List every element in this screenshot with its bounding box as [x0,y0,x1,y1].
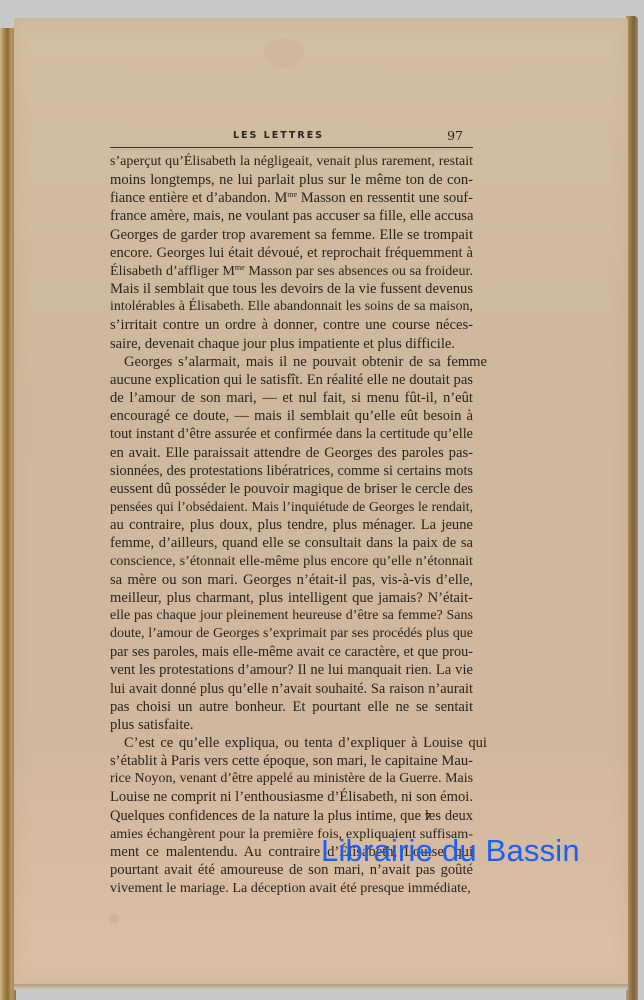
text-line: rice Noyon, venant d’être appelé au mini… [110,770,473,788]
text-line: tout instant d’être assurée et confirmée… [110,425,473,443]
text-line: elle pas chaque jour pleinement heureuse… [110,607,473,625]
text-line: s’établit à Paris vers cette époque, son… [110,752,473,770]
text-line: france amère, mais, ne voulant pas accus… [110,207,473,225]
text-line: doute, l’amour de Georges s’exprimait pa… [110,625,473,643]
text-line: plus satisfaite. [110,716,473,734]
text-line: saire, devenait chaque jour plus impatie… [110,335,473,353]
text-line: sionnées, des protestations libératrices… [110,462,473,480]
watermark: Librairie du Bassin [321,833,580,869]
text-line: de l’amour de son mari, — et nul fait, s… [110,389,473,407]
text-line: fiance entière et d’abandon. Mme Masson … [110,189,473,207]
text-line: s’irritait contre un ordre à donner, con… [110,316,473,334]
text-line: lui avait donné plus qu’elle n’avait sou… [110,680,473,698]
text-line: eussent dû posséder le pouvoir magique d… [110,480,473,498]
text-line: aucune explication qui le satisfît. En r… [110,371,473,389]
text-line: C’est ce qu’elle expliqua, ou tenta d’ex… [110,734,487,752]
text-line: encore. Georges lui était dévoué, et rep… [110,244,473,262]
text-line: encouragé ce doute, — mais il semblait q… [110,407,473,425]
text-line: pas choisi un autre bonheur. Et pourtant… [110,698,473,716]
page-number: 97 [447,128,463,143]
text-line: au contraire, plus doux, plus tendre, pl… [110,516,473,534]
body-text: s’aperçut qu’Élisabeth la négligeait, ve… [110,153,473,897]
text-line: vivement le mariage. La déception avait … [110,879,473,897]
text-line: femme, d’ailleurs, quand elle se consult… [110,534,473,552]
paper-stain [264,38,304,68]
text-line: conscience, s’étonnait elle-même plus en… [110,552,473,570]
text-line: Élisabeth d’affliger Mme Masson par ses … [110,262,473,280]
text-line: intolérables à Élisabeth. Elle abandonna… [110,298,473,316]
text-line: Mais il semblait que tous les devoirs de… [110,280,473,298]
page-bottom-edge [14,984,628,990]
text-line: en avait. Elle paraissait attendre de Ge… [110,444,473,462]
running-head: LES LETTRES [110,130,473,141]
text-line: vent les protestations d’amour? Il ne lu… [110,661,473,679]
paper-stain [109,913,119,923]
text-line: Louise ne comprit ni l’enthousiasme d’Él… [110,788,473,806]
text-line: s’aperçut qu’Élisabeth la négligeait, ve… [110,153,473,171]
text-line: sa mère ou son mari. Georges n’était-il … [110,571,473,589]
page-header: LES LETTRES 97 [110,127,473,148]
text-line: Georges s’alarmait, mais il ne pouvait o… [110,353,487,371]
text-line: pensées qui l’obsédaient. Mais l’inquiét… [110,498,473,516]
text-line: moins longtemps, ne lui parlait plus sur… [110,171,473,189]
text-line: par ses paroles, mais elle-même avait ce… [110,643,473,661]
text-line: Georges de garder trop avarement sa femm… [110,226,473,244]
text-line: meilleur, plus charmant, plus intelligen… [110,589,473,607]
signature-mark: 7 [425,811,431,823]
text-line: Quelques confidences de la nature la plu… [110,807,473,825]
